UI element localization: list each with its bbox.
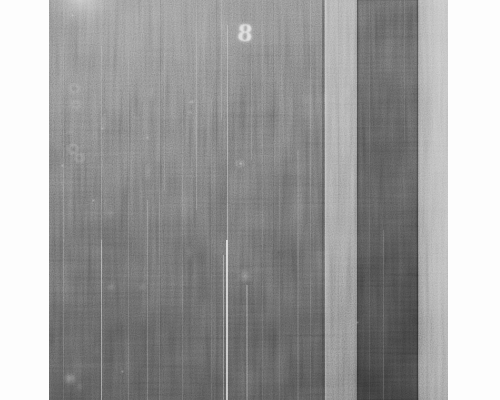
- stain: [342, 258, 352, 268]
- stain: [186, 242, 193, 264]
- stain: [102, 206, 118, 220]
- speck: [92, 199, 95, 202]
- speck: [356, 321, 359, 324]
- scratch-line: [221, 0, 222, 120]
- scratch-line: [246, 285, 247, 400]
- stain: [100, 150, 130, 155]
- stain: [93, 340, 100, 360]
- stain: [65, 127, 75, 136]
- panel-seam: [160, 0, 161, 400]
- panel-seam: [338, 0, 339, 400]
- scratch-line: [226, 240, 228, 400]
- dark-blotch: [195, 330, 215, 346]
- stain: [342, 80, 351, 104]
- scratch-line: [262, 0, 263, 400]
- scratch-line: [164, 0, 165, 190]
- speck: [277, 251, 280, 254]
- stain: [100, 104, 108, 140]
- scanned-film-photo: 8: [0, 0, 500, 400]
- handwritten-mark: 8: [233, 20, 257, 47]
- panel-seam: [418, 0, 419, 400]
- panel-seam: [357, 0, 359, 400]
- speck: [71, 14, 74, 17]
- bright-dash: [186, 110, 194, 114]
- stain: [63, 71, 73, 77]
- scratch-line: [383, 230, 384, 400]
- stain-ring: [234, 158, 246, 169]
- speck: [61, 164, 64, 167]
- stain: [110, 182, 140, 188]
- scratch-line: [279, 40, 280, 400]
- stain-ring: [73, 152, 86, 164]
- stain: [142, 155, 154, 190]
- scratch-line: [223, 255, 224, 400]
- scratch-line: [147, 200, 148, 400]
- scratch-line: [196, 0, 197, 210]
- stain: [148, 77, 155, 107]
- stain: [292, 170, 306, 240]
- stain: [168, 38, 173, 52]
- panel-seam: [216, 0, 217, 400]
- stain: [141, 27, 146, 39]
- scratch-line: [101, 240, 102, 400]
- stain-ring: [67, 82, 82, 95]
- stain: [82, 166, 118, 171]
- scratch-line: [369, 0, 370, 400]
- stain: [219, 22, 225, 32]
- speck: [146, 136, 149, 139]
- bright-dash: [186, 99, 195, 104]
- stain: [127, 105, 144, 129]
- stain: [53, 76, 67, 84]
- stain: [105, 282, 117, 292]
- stain-ring: [70, 99, 82, 110]
- stain: [152, 31, 158, 49]
- scratch-line: [63, 0, 64, 400]
- stain: [75, 383, 85, 391]
- scratch-line: [404, 0, 405, 140]
- scratch-line: [310, 0, 311, 400]
- panel-seam: [322, 0, 324, 400]
- dark-blotch: [420, 383, 444, 395]
- film-artifacts-layer: [49, 0, 448, 400]
- scratch-line: [211, 100, 212, 400]
- scratch-line: [227, 25, 228, 240]
- film-content-area: 8: [49, 0, 448, 400]
- stain: [236, 268, 254, 284]
- scratch-line: [182, 0, 183, 400]
- speck: [121, 370, 124, 373]
- stain: [135, 283, 149, 291]
- panel-seam: [273, 0, 274, 400]
- panel-seam: [426, 140, 427, 400]
